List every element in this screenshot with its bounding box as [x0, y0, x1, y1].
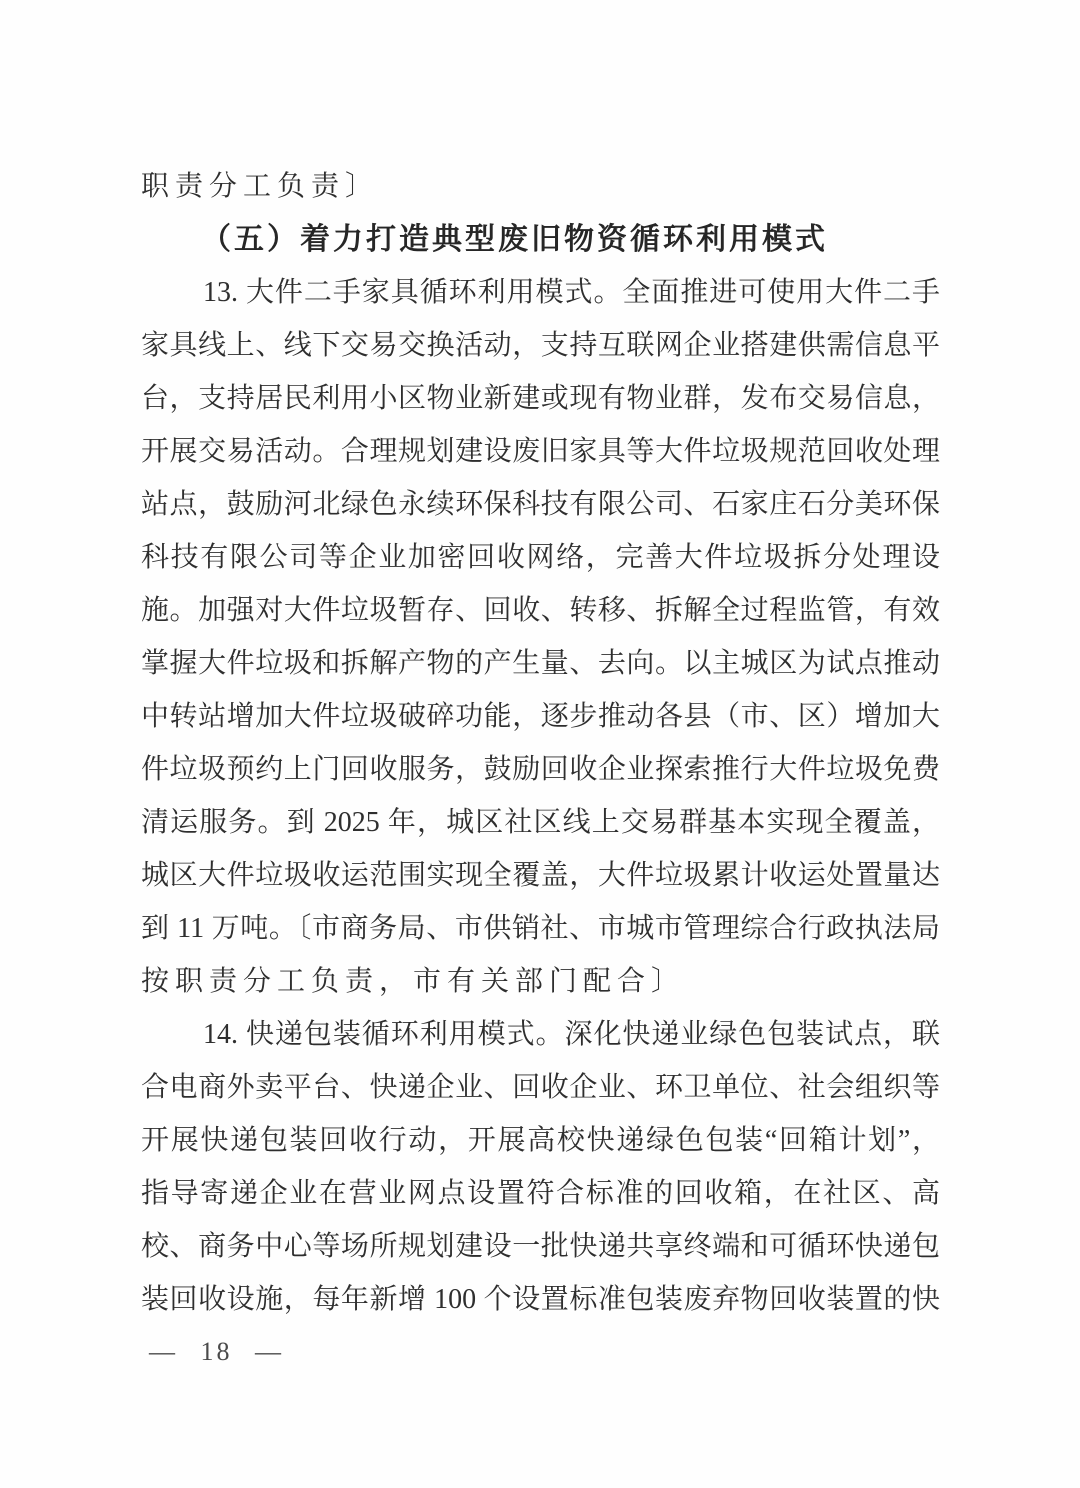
text-line: 开展快递包装回收行动，开展高校快递绿色包装“回箱计划”，: [141, 1114, 940, 1167]
text-line: 台，支持居民利用小区物业新建或现有物业群，发布交易信息，: [141, 372, 940, 425]
page-number: — 18 —: [149, 1332, 284, 1372]
text-line: 家具线上、线下交易交换活动，支持互联网企业搭建供需信息平: [141, 319, 940, 372]
document-page: 职责分工负责〕（五）着力打造典型废旧物资循环利用模式13. 大件二手家具循环利用…: [0, 0, 1080, 1488]
text-line: 合电商外卖平台、快递企业、回收企业、环卫单位、社会组织等: [141, 1061, 940, 1114]
text-line: 装回收设施，每年新增 100 个设置标准包装废弃物回收装置的快: [141, 1273, 940, 1326]
text-line: 中转站增加大件垃圾破碎功能，逐步推动各县（市、区）增加大: [141, 690, 940, 743]
text-line: 14. 快递包装循环利用模式。深化快递业绿色包装试点，联: [141, 1008, 940, 1061]
text-line: 站点，鼓励河北绿色永续环保科技有限公司、石家庄石分美环保: [141, 478, 940, 531]
text-line: 到 11 万吨。〔市商务局、市供销社、市城市管理综合行政执法局: [141, 902, 940, 955]
text-line: 施。加强对大件垃圾暂存、回收、转移、拆解全过程监管，有效: [141, 584, 940, 637]
text-line: 按职责分工负责，市有关部门配合〕: [141, 955, 940, 1008]
text-line: 13. 大件二手家具循环利用模式。全面推进可使用大件二手: [141, 266, 940, 319]
text-line: 城区大件垃圾收运范围实现全覆盖，大件垃圾累计收运处置量达: [141, 849, 940, 902]
text-line: 职责分工负责〕: [141, 160, 940, 213]
text-line: 掌握大件垃圾和拆解产物的产生量、去向。以主城区为试点推动: [141, 637, 940, 690]
text-line: 科技有限公司等企业加密回收网络，完善大件垃圾拆分处理设: [141, 531, 940, 584]
text-line: 开展交易活动。合理规划建设废旧家具等大件垃圾规范回收处理: [141, 425, 940, 478]
text-line: 校、商务中心等场所规划建设一批快递共享终端和可循环快递包: [141, 1220, 940, 1273]
section-heading: （五）着力打造典型废旧物资循环利用模式: [141, 213, 940, 266]
text-line: 指导寄递企业在营业网点设置符合标准的回收箱，在社区、高: [141, 1167, 940, 1220]
text-line: 件垃圾预约上门回收服务，鼓励回收企业探索推行大件垃圾免费: [141, 743, 940, 796]
document-body: 职责分工负责〕（五）着力打造典型废旧物资循环利用模式13. 大件二手家具循环利用…: [141, 160, 940, 1326]
text-line: 清运服务。到 2025 年，城区社区线上交易群基本实现全覆盖，: [141, 796, 940, 849]
